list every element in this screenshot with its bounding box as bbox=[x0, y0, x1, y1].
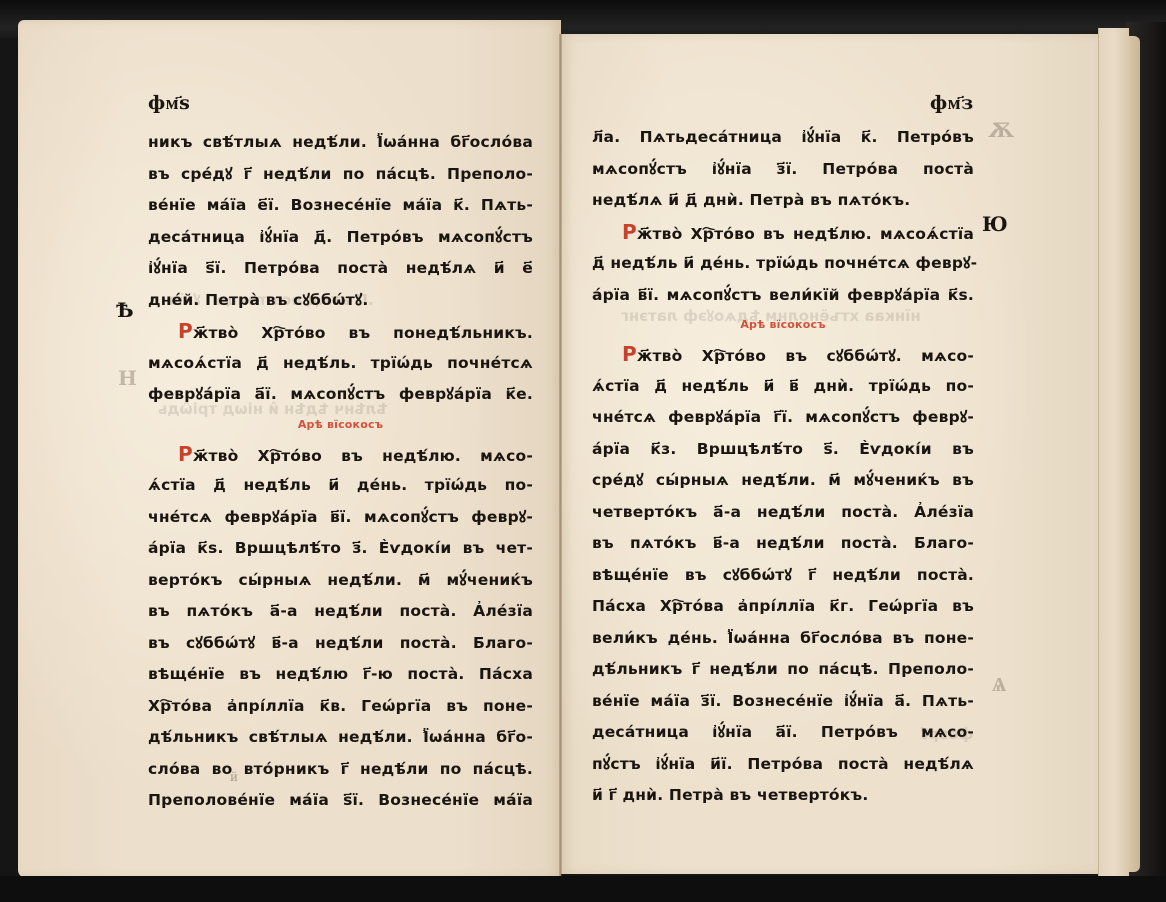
text-line: Па́сха Хр҇то́ва а҆прі́ллїа к҃г. Геѡ́ргїа… bbox=[592, 591, 974, 623]
text-line: верто́къ сы́рныѧ недѣ́ли. м҃ мꙋ́чениќъ bbox=[148, 565, 533, 597]
text-run: ж҃тво̀ Хр҇то́во въ недѣ́лю. мѧсо- bbox=[193, 447, 533, 465]
margin-letter-mark: Ѣ bbox=[116, 298, 134, 322]
text-line: сре́дꙋ сы́рныѧ недѣ́ли. м҃ мꙋ́чениќъ въ bbox=[592, 465, 974, 497]
page-number-left: фм҃ѕ bbox=[148, 92, 190, 115]
rubric-note: Арѣ вїсокосъ bbox=[592, 311, 974, 339]
rubric-initial: Р bbox=[178, 442, 193, 466]
text-line: ве́нїе ма́їа е҃ї. Вознесе́нїе ма́їа к҃. … bbox=[148, 190, 533, 222]
rubric-initial: Р bbox=[622, 220, 637, 244]
text-line: ѧ́стїа д҃ недѣ́ль и҃ в҃ днѝ. трїѡ́дь по- bbox=[592, 371, 974, 403]
text-line: дѣ́льникъ г҃ недѣ́ли по па́сцѣ. Преполо- bbox=[592, 654, 974, 686]
paragraph-first-line: Рж҃тво̀ Хр҇то́во въ сꙋббѡ́тꙋ. мѧсо- bbox=[592, 339, 974, 371]
text-line: никъ свѣ́тлыѧ недѣ́ли. Ї҆ѡа́нна бг҃осло́… bbox=[148, 127, 533, 159]
text-line: а́рїа к҃з. Вршцѣлѣ́то ѕ҃. Ѐѵдокі́и въ bbox=[592, 434, 974, 466]
text-line: четверто́къ а҃-а недѣ́ли поста̀. А҆ле́зї… bbox=[592, 497, 974, 529]
text-line: чне́тсѧ феврꙋа́рїа г҃ї. мѧсопꙋ́стъ феврꙋ… bbox=[592, 402, 974, 434]
text-line: феврꙋа́рїа а҃ї. мѧсопꙋ́стъ феврꙋа́рїа к҃… bbox=[148, 379, 533, 411]
text-line: въ сре́дꙋ г҃ недѣ́ли по па́сцѣ. Преполо- bbox=[148, 159, 533, 191]
text-line: і҆ꙋ́нїа ѕ҃ї. Петро́ва поста̀ недѣ́лѧ и҃ … bbox=[148, 253, 533, 285]
text-line: въ пѧто́къ а҃-а недѣ́ли поста̀. А҆ле́зїа bbox=[148, 596, 533, 628]
bottom-shadow bbox=[0, 876, 1166, 902]
right-page-text: л҃а. Пѧтьдеса́тница і҆ꙋ́нїа к҃. Петро́въ… bbox=[592, 122, 974, 812]
rubric-initial: Р bbox=[622, 342, 637, 366]
paragraph-first-line: Рж҃тво̀ Хр҇то́во въ недѣ́лю. мѧсоѧ́стїа bbox=[592, 217, 974, 249]
page-number-right: фм҃з bbox=[930, 92, 974, 115]
text-line: Хр҇то́ва а҆прі́ллїа к҃в. Геѡ́ргїа въ пон… bbox=[148, 691, 533, 723]
text-line: сло́ва во вто́рникъ г҃ недѣ́ли по па́сцѣ… bbox=[148, 754, 533, 786]
text-line: чне́тсѧ феврꙋа́рїа в҃ї. мѧсопꙋ́стъ феврꙋ… bbox=[148, 502, 533, 534]
text-line: дѣ́льникъ свѣ́тлыѧ недѣ́ли. Ї҆ѡа́нна бг҃… bbox=[148, 722, 533, 754]
text-line: дне́й. Петра̀ въ сꙋббѡ́тꙋ. bbox=[148, 285, 533, 317]
text-line: вѣще́нїе въ недѣ́лю г҃-ю поста̀. Па́сха bbox=[148, 659, 533, 691]
text-line: ѧ́стїа д҃ недѣ́ль и҃ де́нь. трїѡ́дь по- bbox=[148, 470, 533, 502]
margin-ghost-mark: Ѧ bbox=[992, 672, 1006, 697]
margin-ghost-mark: Ѫ bbox=[988, 118, 1014, 142]
text-line: Преполове́нїе ма́їа ѕ҃ї. Вознесе́нїе ма́… bbox=[148, 785, 533, 817]
paragraph-first-line: Рж҃тво̀ Хр҇то́во въ понедѣ́льникъ. bbox=[148, 316, 533, 348]
text-line: въ сꙋббѡ́тꙋ в҃-а недѣ́ли поста̀. Благо- bbox=[148, 628, 533, 660]
text-line: деса́тница і҆ꙋ́нїа д҃. Петро́въ мѧсопꙋ́с… bbox=[148, 222, 533, 254]
text-line: а́рїа к҃ѕ. Вршцѣлѣ́то з҃. Ѐѵдокі́и въ че… bbox=[148, 533, 533, 565]
text-line: вѣще́нїе въ сꙋббѡ́тꙋ г҃ недѣ́ли поста̀. bbox=[592, 560, 974, 592]
text-line: и҃ г҃ днѝ. Петра̀ въ четверто́къ. bbox=[592, 780, 974, 812]
book-gutter bbox=[559, 34, 562, 876]
margin-letter-mark: Ю bbox=[982, 212, 1008, 236]
text-run: ж҃тво̀ Хр҇то́во въ понедѣ́льникъ. bbox=[193, 324, 533, 342]
text-line: ве́нїе ма́їа з҃ї. Вознесе́нїе і҆ꙋ́нїа а҃… bbox=[592, 686, 974, 718]
signature-mark: ӥ bbox=[230, 770, 238, 784]
page-stack-edge bbox=[1098, 28, 1129, 876]
text-line: вели́къ де́нь. Ї҆ѡа́нна бг҃осло́ва въ по… bbox=[592, 623, 974, 655]
page-block-edge bbox=[1128, 36, 1140, 872]
text-line: деса́тница і҆ꙋ́нїа а҃ї. Петро́въ мѧсо- bbox=[592, 717, 974, 749]
scanned-book-spread: .П атѧд еса тница і ꙋнїа ѣлѣнч ѣдѣн и̂ н… bbox=[0, 0, 1166, 902]
text-line: недѣ́лѧ и҃ д҃ днѝ. Петра̀ въ пѧто́къ. bbox=[592, 185, 974, 217]
left-page-text: никъ свѣ́тлыѧ недѣ́ли. Ї҆ѡа́нна бг҃осло́… bbox=[148, 127, 533, 817]
text-run: ж҃тво̀ Хр҇то́во въ сꙋббѡ́тꙋ. мѧсо- bbox=[637, 347, 974, 365]
text-line: въ пѧто́къ в҃-а недѣ́ли поста̀. Благо- bbox=[592, 528, 974, 560]
margin-ghost-mark: Н bbox=[118, 366, 137, 390]
text-run: ж҃тво̀ Хр҇то́во въ недѣ́лю. мѧсоѧ́стїа bbox=[637, 225, 974, 243]
text-line: мѧсоѧ́стїа д҃ недѣ́ль. трїѡ́дь почне́тсѧ bbox=[148, 348, 533, 380]
rubric-initial: Р bbox=[178, 319, 193, 343]
text-line: пꙋ́стъ і҆ꙋ́нїа и҃ї. Петро́ва поста̀ недѣ… bbox=[592, 749, 974, 781]
text-line: мѧсопꙋ́стъ і҆ꙋ́нїа з҃ї. Петро́ва поста̀ bbox=[592, 154, 974, 186]
text-line: л҃а. Пѧтьдеса́тница і҆ꙋ́нїа к҃. Петро́въ bbox=[592, 122, 974, 154]
rubric-note: Арѣ вїсокосъ bbox=[148, 411, 533, 439]
paragraph-first-line: Рж҃тво̀ Хр҇то́во въ недѣ́лю. мѧсо- bbox=[148, 439, 533, 471]
text-line: а́рїа в҃ї. мѧсопꙋ́стъ вели́кїй феврꙋа́рї… bbox=[592, 280, 974, 312]
text-line: д҃ недѣ́ль и҃ де́нь. трїѡ́дь почне́тсѧ ф… bbox=[592, 248, 974, 280]
